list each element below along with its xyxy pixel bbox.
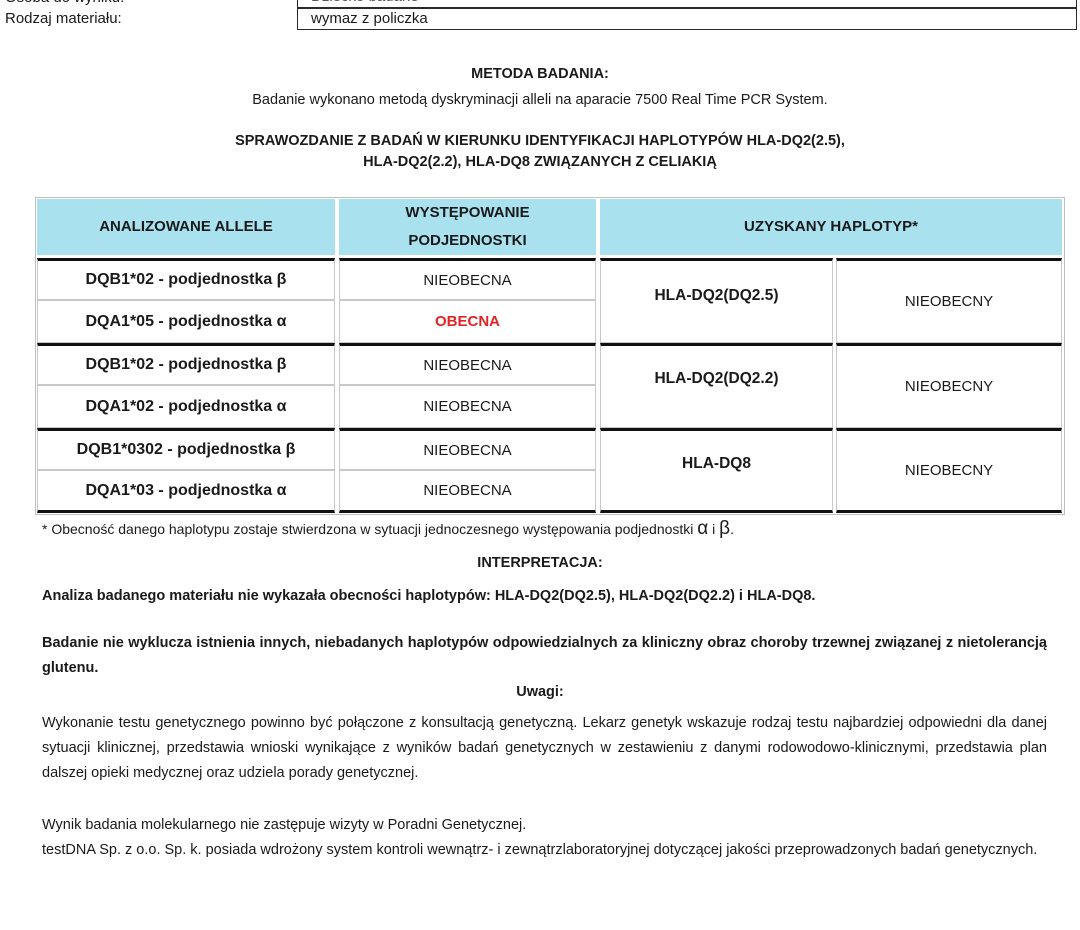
field-label-material: Rodzaj materiału:: [5, 10, 122, 27]
allele-cell: DQA1*03 - podjednostka α: [37, 470, 335, 513]
report-title: SPRAWOZDANIE Z BADAŃ W KIERUNKU IDENTYFI…: [0, 131, 1080, 173]
report-title-line2: HLA-DQ2(2.2), HLA-DQ8 ZWIĄZANYCH Z CELIA…: [0, 152, 1080, 173]
notes-line-quality: testDNA Sp. z o.o. Sp. k. posiada wdrożo…: [42, 838, 1047, 863]
notes-paragraph-2: Wynik badania molekularnego nie zastępuj…: [42, 813, 1047, 863]
header-occurrence-line2: PODJEDNOSTKI: [408, 227, 526, 255]
occurrence-absent: NIEOBECNA: [339, 258, 596, 300]
occurrence-absent: NIEOBECNA: [339, 385, 596, 428]
field-label-person: Osoba do wyniku:: [5, 0, 124, 6]
interpretation-heading: INTERPRETACJA:: [0, 555, 1080, 571]
haplotype-result: NIEOBECNY: [836, 428, 1062, 513]
field-value-person: Dziecko badane: [297, 0, 1077, 8]
notes-paragraph-1: Wykonanie testu genetycznego powinno być…: [42, 711, 1047, 786]
notes-line-consultation: Wynik badania molekularnego nie zastępuj…: [42, 813, 1047, 838]
alpha-symbol: α: [697, 518, 708, 539]
header-occurrence-line1: WYSTĘPOWANIE: [405, 199, 529, 227]
haplotype-name: HLA-DQ2(DQ2.5): [600, 258, 833, 343]
notes-heading: Uwagi:: [0, 684, 1080, 700]
occurrence-absent: NIEOBECNA: [339, 428, 596, 470]
method-heading: METODA BADANIA:: [0, 66, 1080, 82]
footnote-text: * Obecność danego haplotypu zostaje stwi…: [42, 521, 697, 537]
haplotype-name: HLA-DQ2(DQ2.2): [600, 343, 833, 428]
beta-symbol: β: [719, 518, 730, 539]
haplotype-name: HLA-DQ8: [600, 428, 833, 513]
header-occurrence: WYSTĘPOWANIE PODJEDNOSTKI: [339, 199, 596, 255]
occurrence-present: OBECNA: [339, 300, 596, 343]
allele-cell: DQB1*0302 - podjednostka β: [37, 428, 335, 470]
results-table: ANALIZOWANE ALLELE WYSTĘPOWANIE PODJEDNO…: [35, 197, 1065, 515]
allele-cell: DQA1*05 - podjednostka α: [37, 300, 335, 343]
header-alleles: ANALIZOWANE ALLELE: [37, 199, 335, 255]
footnote: * Obecność danego haplotypu zostaje stwi…: [42, 518, 734, 540]
footnote-conj: i: [708, 521, 719, 537]
allele-cell: DQA1*02 - podjednostka α: [37, 385, 335, 428]
haplotype-result: NIEOBECNY: [836, 258, 1062, 343]
interpretation-paragraph-2: Badanie nie wyklucza istnienia innych, n…: [42, 631, 1047, 681]
haplotype-result: NIEOBECNY: [836, 343, 1062, 428]
method-text: Badanie wykonano metodą dyskryminacji al…: [0, 92, 1080, 108]
field-value-material: wymaz z policzka: [297, 8, 1077, 30]
report-title-line1: SPRAWOZDANIE Z BADAŃ W KIERUNKU IDENTYFI…: [0, 131, 1080, 152]
header-haplotype: UZYSKANY HAPLOTYP*: [600, 199, 1062, 255]
footnote-end: .: [730, 521, 734, 537]
allele-cell: DQB1*02 - podjednostka β: [37, 343, 335, 385]
allele-cell: DQB1*02 - podjednostka β: [37, 258, 335, 300]
occurrence-absent: NIEOBECNA: [339, 470, 596, 513]
occurrence-absent: NIEOBECNA: [339, 343, 596, 385]
interpretation-paragraph-1: Analiza badanego materiału nie wykazała …: [42, 584, 1047, 609]
